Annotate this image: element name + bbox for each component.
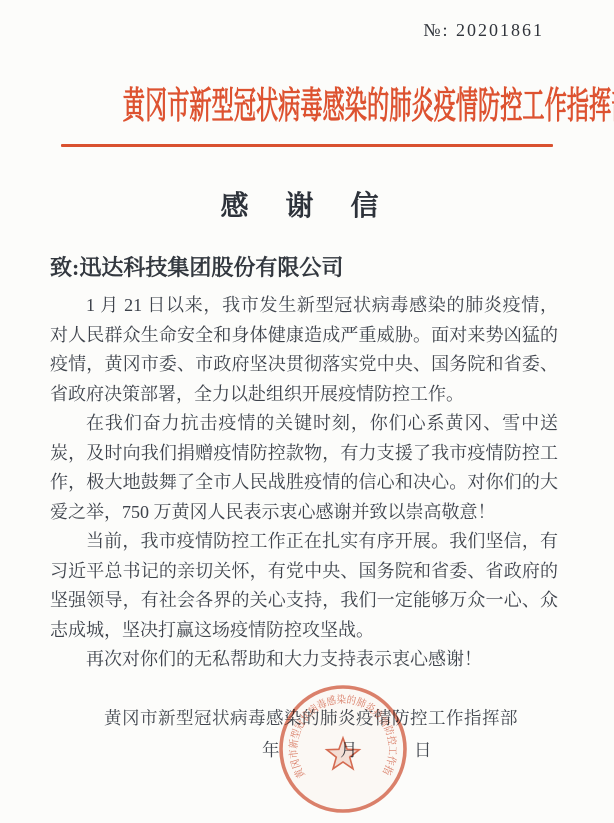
letterhead-rule <box>61 144 553 147</box>
letter-title: 感 谢 信 <box>0 189 614 225</box>
letterhead-org-title: 黄冈市新型冠状病毒感染的肺炎疫情防控工作指挥部 <box>123 80 491 134</box>
paragraph-3: 当前，我市疫情防控工作正在扎实有序开展。我们坚信，有习近平总书记的亲切关怀，有党… <box>50 527 558 645</box>
document-number: №: 20201861 <box>423 20 544 41</box>
salutation-recipient: 致:迅达科技集团股份有限公司 <box>50 255 614 281</box>
letter-body: 1 月 21 日以来，我市发生新型冠状病毒感染的肺炎疫情，对人民群众生命安全和身… <box>0 291 614 675</box>
paragraph-1: 1 月 21 日以来，我市发生新型冠状病毒感染的肺炎疫情，对人民群众生命安全和身… <box>50 291 558 409</box>
paragraph-4: 再次对你们的无私帮助和大力支持表示衷心感谢！ <box>50 645 558 675</box>
letter-page: №: 20201861 黄冈市新型冠状病毒感染的肺炎疫情防控工作指挥部 感 谢 … <box>0 0 614 823</box>
paragraph-2: 在我们奋力抗击疫情的关键时刻，你们心系黄冈、雪中送炭，及时向我们捐赠疫情防控款物… <box>50 409 558 527</box>
date-day-label: 日 <box>414 737 432 762</box>
official-seal: 黄冈市新型冠状病毒感染的肺炎疫情防控工作指挥部 <box>277 683 409 815</box>
